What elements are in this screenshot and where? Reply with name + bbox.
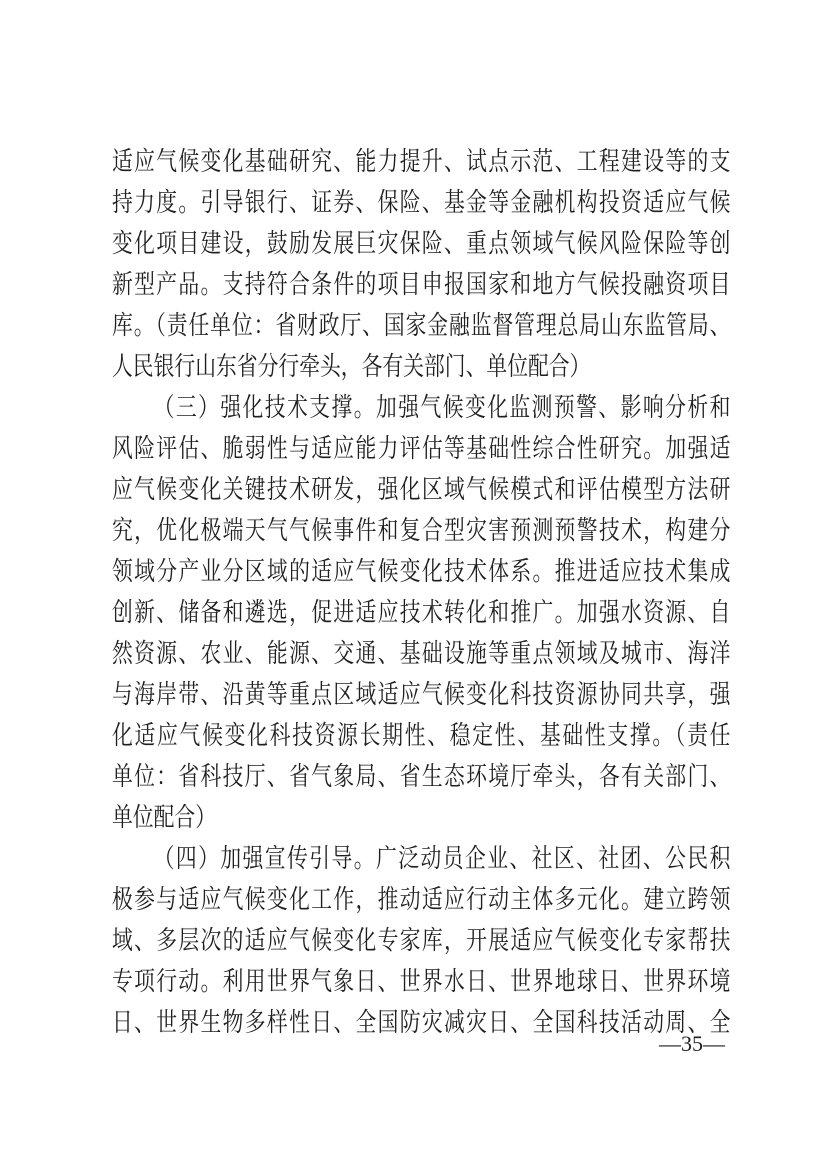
body-text-segment: 领域分产业分区域的适应气候变化技术体系。推进适应技术集成	[112, 557, 730, 586]
text-line: 域、多层次的适应气候变化专家库，开展适应气候变化专家帮扶	[112, 920, 730, 961]
text-line: 专项行动。利用世界气象日、世界水日、世界地球日、世界环境	[112, 961, 730, 1002]
text-line: 库。（责任单位：省财政厅、国家金融监督管理总局山东监管局、	[112, 305, 730, 346]
kaiti-text-segment: 单位配合）	[112, 803, 216, 832]
body-text-segment: 创新、储备和遴选，促进适应技术转化和推广。加强水资源、自	[112, 598, 730, 627]
body-text-segment: 加强气候变化监测预警、影响分析和	[376, 393, 730, 422]
document-body: 适应气候变化基础研究、能力提升、试点示范、工程建设等的支持力度。引导银行、证券、…	[112, 141, 730, 1043]
text-line: 持力度。引导银行、证券、保险、基金等金融机构投资适应气候	[112, 182, 730, 223]
kaiti-text-segment: 单位：省科技厅、省气象局、省生态环境厅牵头，各有关部门、	[112, 762, 730, 791]
text-line: （三）强化技术支撑。加强气候变化监测预警、影响分析和	[112, 387, 730, 428]
text-line: 究，优化极端天气气候事件和复合型灾害预测预警技术，构建分	[112, 510, 730, 551]
body-text-segment: 化适应气候变化科技资源长期性、稳定性、基础性支撑。	[112, 721, 675, 750]
body-text-segment: 极参与适应气候变化工作，推动适应行动主体多元化。建立跨领	[112, 885, 730, 914]
text-line: 应气候变化关键技术研发，强化区域气候模式和评估模型方法研	[112, 469, 730, 510]
body-text-segment: 域、多层次的适应气候变化专家库，开展适应气候变化专家帮扶	[112, 926, 730, 955]
text-line: 新型产品。支持符合条件的项目申报国家和地方气候投融资项目	[112, 264, 730, 305]
kaiti-text-segment: （责任	[675, 721, 730, 750]
text-line: 单位配合）	[112, 797, 730, 838]
text-line: 创新、储备和遴选，促进适应技术转化和推广。加强水资源、自	[112, 592, 730, 633]
document-page: 适应气候变化基础研究、能力提升、试点示范、工程建设等的支持力度。引导银行、证券、…	[0, 0, 826, 1169]
kaiti-text-segment: 人民银行山东省分行牵头，各有关部门、单位配合）	[112, 352, 590, 381]
kaiti-text-segment: （责任单位：省财政厅、国家金融监督管理总局山东监管局、	[155, 311, 730, 340]
text-line: 变化项目建设，鼓励发展巨灾保险、重点领域气候风险保险等创	[112, 223, 730, 264]
text-line: 与海岸带、沿黄等重点区域适应气候变化科技资源协同共享，强	[112, 674, 730, 715]
kaiti-text-segment: （四）加强宣传引导。	[154, 844, 376, 873]
text-line: 日、世界生物多样性日、全国防灾减灾日、全国科技活动周、全	[112, 1002, 730, 1043]
text-line: 人民银行山东省分行牵头，各有关部门、单位配合）	[112, 346, 730, 387]
text-line: 然资源、农业、能源、交通、基础设施等重点领域及城市、海洋	[112, 633, 730, 674]
body-text-segment: 专项行动。利用世界气象日、世界水日、世界地球日、世界环境	[112, 967, 730, 996]
body-text-segment: 库。	[112, 311, 155, 340]
body-text-segment: 适应气候变化基础研究、能力提升、试点示范、工程建设等的支	[112, 147, 730, 176]
body-text-segment: 持力度。引导银行、证券、保险、基金等金融机构投资适应气候	[112, 188, 730, 217]
body-text-segment: 风险评估、脆弱性与适应能力评估等基础性综合性研究。加强适	[112, 434, 730, 463]
text-line: 化适应气候变化科技资源长期性、稳定性、基础性支撑。（责任	[112, 715, 730, 756]
body-text-segment: 究，优化极端天气气候事件和复合型灾害预测预警技术，构建分	[112, 516, 730, 545]
body-text-segment: 新型产品。支持符合条件的项目申报国家和地方气候投融资项目	[112, 270, 730, 299]
text-line: 风险评估、脆弱性与适应能力评估等基础性综合性研究。加强适	[112, 428, 730, 469]
body-text-segment: 然资源、农业、能源、交通、基础设施等重点领域及城市、海洋	[112, 639, 730, 668]
body-text-segment: 广泛动员企业、社区、社团、公民积	[376, 844, 730, 873]
body-text-segment: 与海岸带、沿黄等重点区域适应气候变化科技资源协同共享，强	[112, 680, 730, 709]
text-line: （四）加强宣传引导。广泛动员企业、社区、社团、公民积	[112, 838, 730, 879]
text-line: 极参与适应气候变化工作，推动适应行动主体多元化。建立跨领	[112, 879, 730, 920]
text-line: 单位：省科技厅、省气象局、省生态环境厅牵头，各有关部门、	[112, 756, 730, 797]
text-line: 适应气候变化基础研究、能力提升、试点示范、工程建设等的支	[112, 141, 730, 182]
text-line: 领域分产业分区域的适应气候变化技术体系。推进适应技术集成	[112, 551, 730, 592]
body-text-segment: 日、世界生物多样性日、全国防灾减灾日、全国科技活动周、全	[112, 1008, 730, 1037]
body-text-segment: 变化项目建设，鼓励发展巨灾保险、重点领域气候风险保险等创	[112, 229, 730, 258]
body-text-segment: 应气候变化关键技术研发，强化区域气候模式和评估模型方法研	[112, 475, 730, 504]
kaiti-text-segment: （三）强化技术支撑。	[154, 393, 376, 422]
page-number: —35—	[659, 1031, 725, 1057]
